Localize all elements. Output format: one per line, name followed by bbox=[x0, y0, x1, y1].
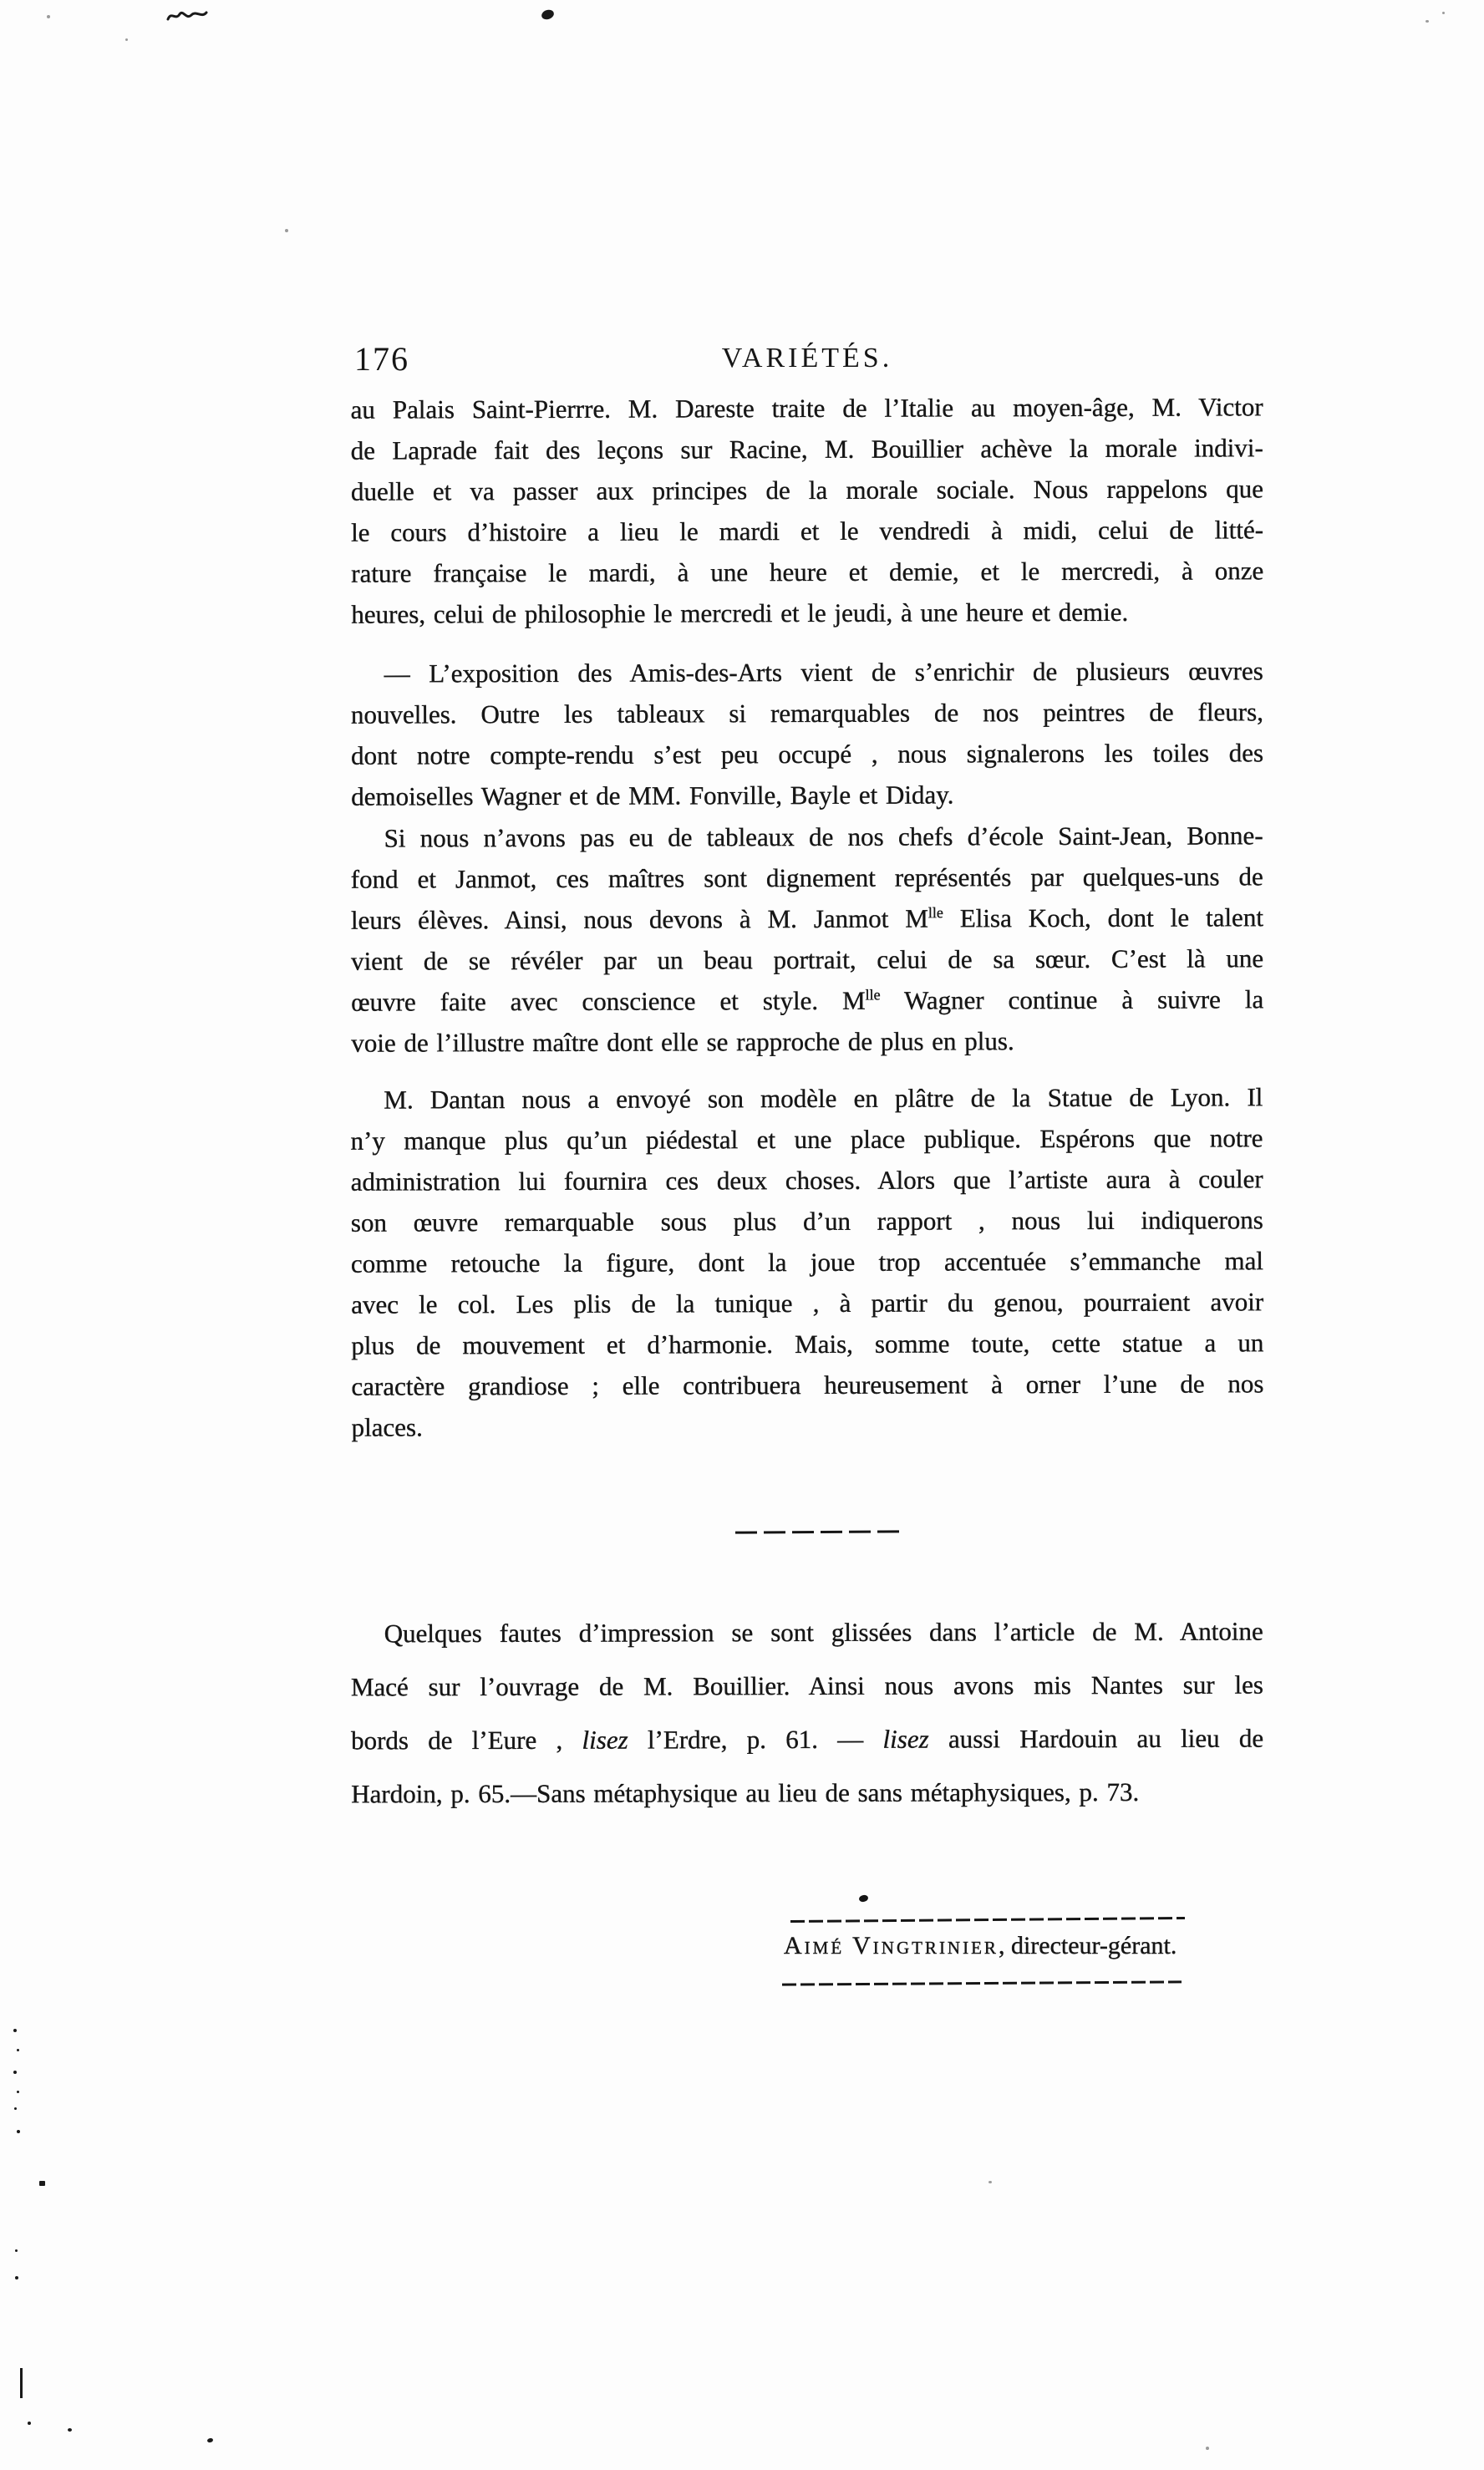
scan-speck bbox=[988, 2181, 992, 2183]
text-line: au Palais Saint-Pierrre. M. Dareste trai… bbox=[351, 386, 1263, 429]
running-head: 176 VARIÉTÉS. bbox=[351, 339, 1263, 381]
scan-speck bbox=[206, 2437, 213, 2443]
text-line: rature française le mardi, à une heure e… bbox=[351, 550, 1263, 593]
scan-speck bbox=[47, 15, 50, 18]
text-line: Quelques fautes d’impression se sont gli… bbox=[351, 1605, 1263, 1661]
text-line: Si nous n’avons pas eu de tableaux de no… bbox=[351, 815, 1263, 858]
ink-blot-artifact bbox=[541, 8, 556, 21]
paragraph: Si nous n’avons pas eu de tableaux de no… bbox=[351, 815, 1264, 1063]
text-line: bords de l’Eure , lisez l’Erdre, p. 61. … bbox=[351, 1712, 1263, 1768]
errata-paragraph: Quelques fautes d’impression se sont gli… bbox=[351, 1605, 1264, 1822]
page-header-title: VARIÉTÉS. bbox=[351, 339, 1263, 374]
scan-speck bbox=[1442, 12, 1445, 14]
scan-speck bbox=[15, 2249, 18, 2252]
scan-speck bbox=[68, 2428, 72, 2432]
text-line: Hardoin, p. 65.—Sans métaphysique au lie… bbox=[351, 1766, 1263, 1822]
section-divider-rule bbox=[735, 1530, 899, 1533]
scan-speck bbox=[285, 229, 288, 232]
text-line: places. bbox=[352, 1404, 1264, 1447]
scan-speck bbox=[125, 38, 128, 41]
text-line: œuvre faite avec conscience et style. Ml… bbox=[351, 978, 1263, 1022]
scan-speck bbox=[17, 2130, 20, 2133]
scan-speck bbox=[1426, 20, 1429, 23]
scan-speck bbox=[28, 2422, 31, 2425]
text-line: demoiselles Wagner et de MM. Fonville, B… bbox=[351, 773, 1263, 816]
signature-rule-bottom bbox=[782, 1980, 1182, 1985]
text-line: voie de l’illustre maître dont elle se r… bbox=[351, 1019, 1263, 1063]
text-line: heures, celui de philosophie le mercredi… bbox=[351, 591, 1263, 634]
ink-squiggle-artifact bbox=[165, 7, 209, 25]
text-line: fond et Janmot, ces maîtres sont digneme… bbox=[351, 856, 1263, 899]
text-line: nouvelles. Outre les tableaux si remarqu… bbox=[351, 691, 1263, 734]
text-line: Macé sur l’ouvrage de M. Bouillier. Ains… bbox=[351, 1659, 1263, 1715]
scan-speck bbox=[17, 2049, 19, 2051]
text-line: son œuvre remarquable sous plus d’un rap… bbox=[351, 1199, 1263, 1243]
scan-speck bbox=[13, 2071, 17, 2074]
text-line: dont notre compte-rendu s’est peu occupé… bbox=[351, 732, 1263, 775]
signature-rule-top bbox=[790, 1917, 1185, 1923]
text-line: le cours d’histoire a lieu le mardi et l… bbox=[351, 509, 1263, 552]
text-line: duelle et va passer aux principes de la … bbox=[351, 468, 1263, 511]
text-line: n’y manque plus qu’un piédestal et une p… bbox=[350, 1117, 1263, 1161]
paragraph: au Palais Saint-Pierrre. M. Dareste trai… bbox=[351, 386, 1264, 634]
text-line: plus de mouvement et d’harmonie. Mais, s… bbox=[351, 1322, 1263, 1365]
text-line: leurs élèves. Ainsi, nous devons à M. Ja… bbox=[351, 897, 1263, 940]
text-line: — L’exposition des Amis-des-Arts vient d… bbox=[351, 650, 1263, 694]
paragraph: — L’exposition des Amis-des-Arts vient d… bbox=[351, 650, 1264, 816]
scan-speck bbox=[14, 2107, 17, 2110]
signature-line: Aimé Vingtrinier, directeur-gérant. bbox=[784, 1932, 1177, 1960]
text-line: comme retouche la figure, dont la joue t… bbox=[351, 1240, 1263, 1283]
page-number: 176 bbox=[354, 339, 409, 379]
text-line: caractère grandiose ; elle contribuera h… bbox=[351, 1363, 1263, 1406]
text-line: de Laprade fait des leçons sur Racine, M… bbox=[351, 427, 1263, 470]
text-line: avec le col. Les plis de la tunique , à … bbox=[351, 1281, 1263, 1324]
paragraph: M. Dantan nous a envoyé son modèle en pl… bbox=[350, 1076, 1263, 1447]
text-line: administration lui fournira ces deux cho… bbox=[351, 1158, 1263, 1202]
scan-speck bbox=[1206, 2447, 1209, 2450]
scan-speck bbox=[15, 2276, 18, 2279]
ink-line-artifact bbox=[20, 2368, 23, 2398]
text-line: M. Dantan nous a envoyé son modèle en pl… bbox=[350, 1076, 1263, 1120]
scan-speck bbox=[39, 2181, 45, 2186]
scan-speck bbox=[13, 2029, 17, 2032]
text-line: vient de se révéler par un beau portrait… bbox=[351, 938, 1263, 981]
scan-speck bbox=[17, 2091, 19, 2093]
scanned-book-page: 176 VARIÉTÉS. au Palais Saint-Pierrre. M… bbox=[0, 0, 1484, 2470]
ink-dot-artifact bbox=[858, 1894, 868, 1903]
